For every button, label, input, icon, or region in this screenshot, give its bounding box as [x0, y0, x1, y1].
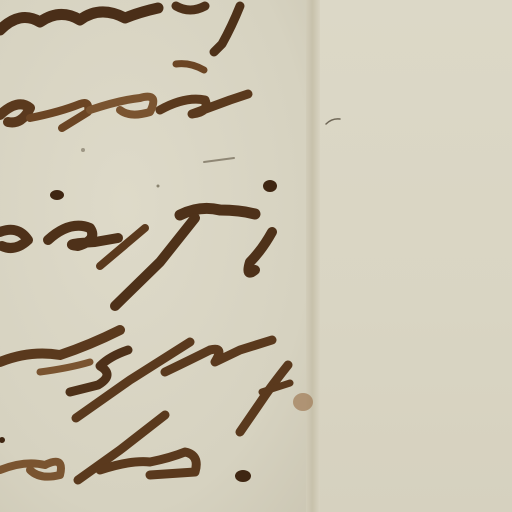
manuscript-photo [0, 0, 512, 512]
handwriting-strokes [0, 0, 512, 512]
